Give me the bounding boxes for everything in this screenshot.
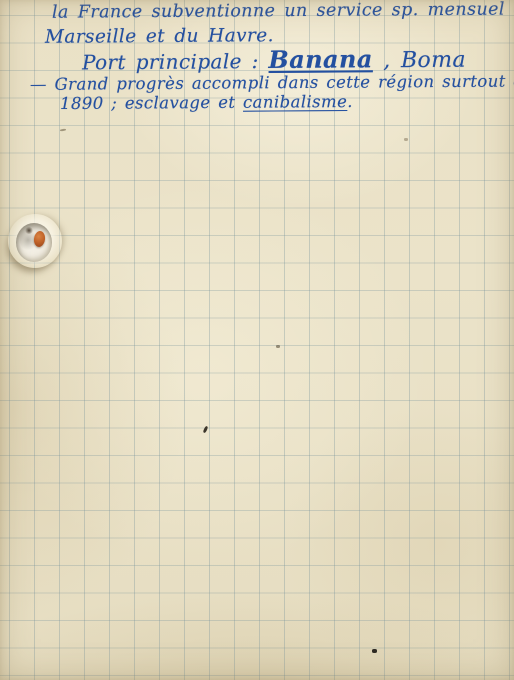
notebook-page: la France subventionne un service sp. me… xyxy=(0,0,514,680)
page-edge-vignette xyxy=(0,0,514,680)
